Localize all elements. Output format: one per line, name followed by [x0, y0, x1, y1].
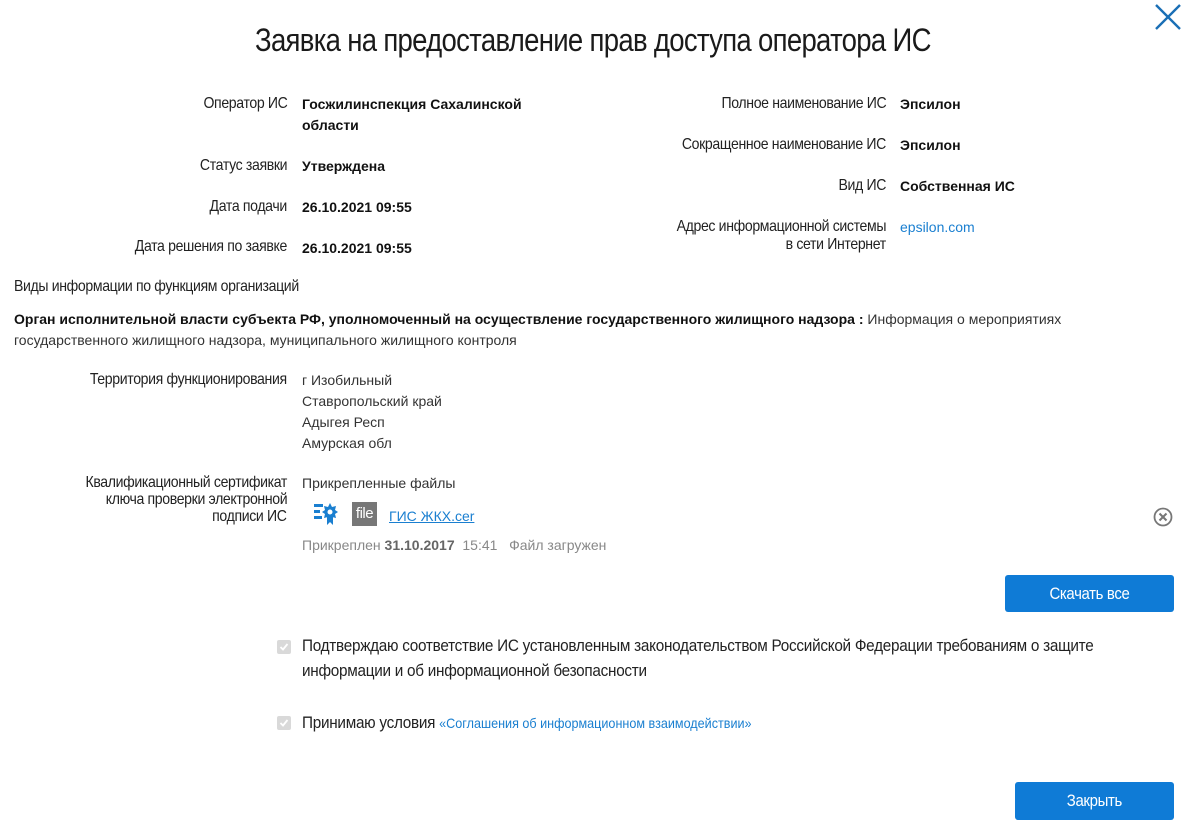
security-compliance-checkbox[interactable]: [277, 640, 291, 654]
file-type-icon: file: [352, 502, 377, 526]
checkmark-icon: [279, 642, 289, 652]
territory-item: Адыгея Респ: [302, 412, 442, 433]
file-status: Файл загружен: [509, 537, 606, 553]
agreement-link[interactable]: «Соглашения об информационном взаимодейс…: [439, 715, 751, 731]
agreement-text: Принимаю условия «Соглашения об информац…: [302, 710, 1186, 736]
security-compliance-text: Подтверждаю соответствие ИС установленны…: [302, 633, 1186, 683]
territory-list: г Изобильный Ставропольский край Адыгея …: [302, 370, 442, 454]
is-address-value[interactable]: epsilon.com: [900, 217, 975, 238]
decision-date-value: 26.10.2021 09:55: [302, 238, 412, 259]
certificate-label: Квалификационный сертификат ключа провер…: [20, 474, 287, 525]
is-type-value: Собственная ИС: [900, 176, 1015, 197]
org-info: Орган исполнительной власти субъекта РФ,…: [14, 309, 1174, 351]
attached-files-heading: Прикрепленные файлы: [302, 475, 455, 491]
download-all-button[interactable]: Скачать все: [1005, 575, 1174, 612]
territory-item: г Изобильный: [302, 370, 442, 391]
is-address-label: Адрес информационной системы в сети Инте…: [600, 218, 886, 254]
status-label: Статус заявки: [40, 157, 287, 175]
territory-item: Ставропольский край: [302, 391, 442, 412]
short-name-label: Сокращенное наименование ИС: [600, 136, 886, 154]
decision-date-label: Дата решения по заявке: [40, 238, 287, 256]
org-name: Орган исполнительной власти субъекта РФ,…: [14, 311, 864, 327]
full-name-label: Полное наименование ИС: [600, 95, 886, 113]
attached-time: 15:41: [462, 537, 497, 553]
agreement-checkbox[interactable]: [277, 716, 291, 730]
file-meta: Прикреплен 31.10.2017 15:41 Файл загруже…: [302, 537, 606, 553]
submit-date-label: Дата подачи: [40, 198, 287, 216]
submit-date-value: 26.10.2021 09:55: [302, 197, 412, 218]
certificate-file-link[interactable]: ГИС ЖКХ.cer: [389, 508, 474, 524]
operator-value: Госжилинспекция Сахалинской области: [302, 94, 522, 136]
dialog-title: Заявка на предоставление прав доступа оп…: [0, 22, 1186, 59]
short-name-value: Эпсилон: [900, 135, 961, 156]
remove-file-icon[interactable]: [1153, 507, 1173, 527]
status-value: Утверждена: [302, 156, 385, 177]
close-button[interactable]: Закрыть: [1015, 782, 1174, 820]
territory-item: Амурская обл: [302, 433, 442, 454]
full-name-value: Эпсилон: [900, 94, 961, 115]
attached-date: 31.10.2017: [385, 537, 455, 553]
certificate-icon: [314, 503, 338, 525]
is-type-label: Вид ИС: [600, 177, 886, 195]
territory-label: Территория функционирования: [40, 371, 287, 389]
operator-label: Оператор ИС: [40, 95, 287, 113]
checkmark-icon: [279, 718, 289, 728]
info-types-heading: Виды информации по функциям организаций: [14, 278, 338, 296]
is-address-link[interactable]: epsilon.com: [900, 219, 975, 235]
